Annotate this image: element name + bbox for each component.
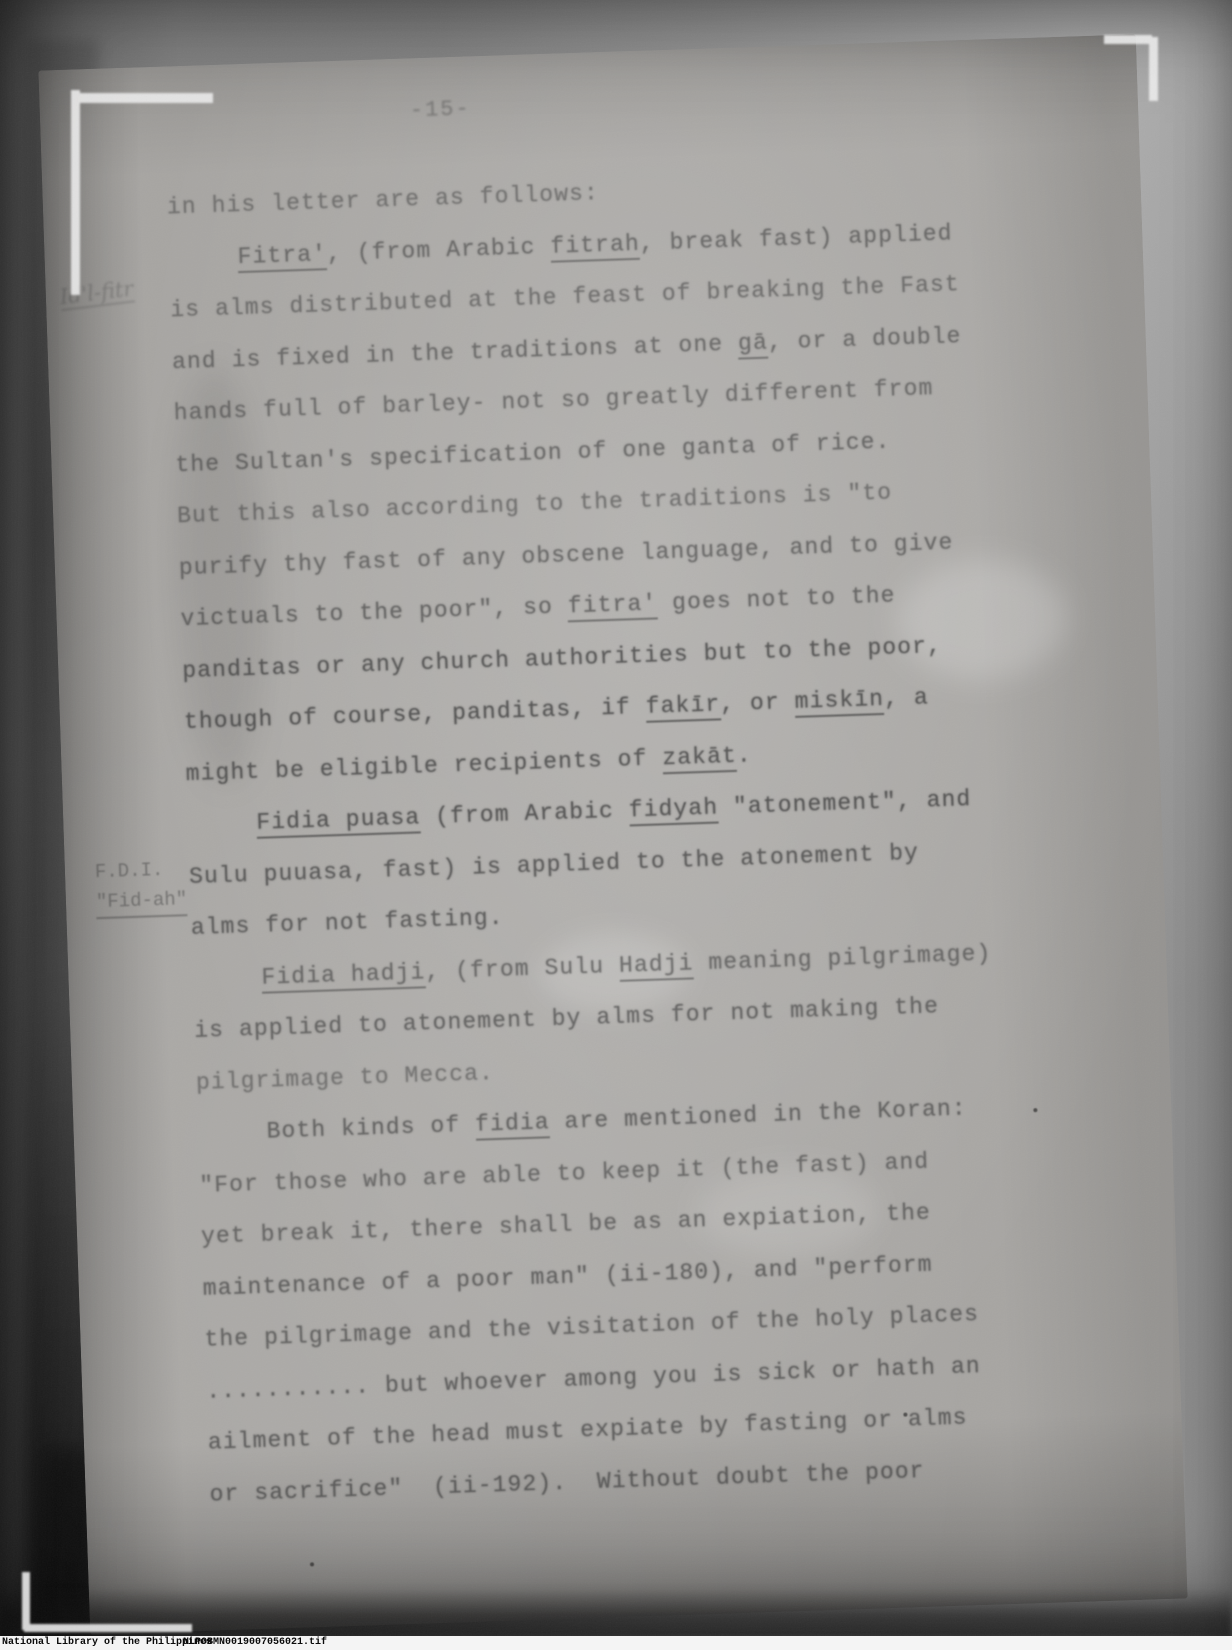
scan-footer-bar: National Library of the Philippines NLPO… [0,1636,1232,1650]
scan-filename: NLPOBMN0019007056021.tif [183,1636,327,1650]
corner-bracket-top-right [1102,35,1158,103]
microfilm-scan-viewport: -15- Id'l-fitr F.D.I. "Fid-ah" in his le… [0,0,1232,1650]
library-name: National Library of the Philippines [2,1636,212,1650]
corner-bracket-bottom-left [22,1572,194,1638]
corner-bracket-top-left [71,90,221,300]
